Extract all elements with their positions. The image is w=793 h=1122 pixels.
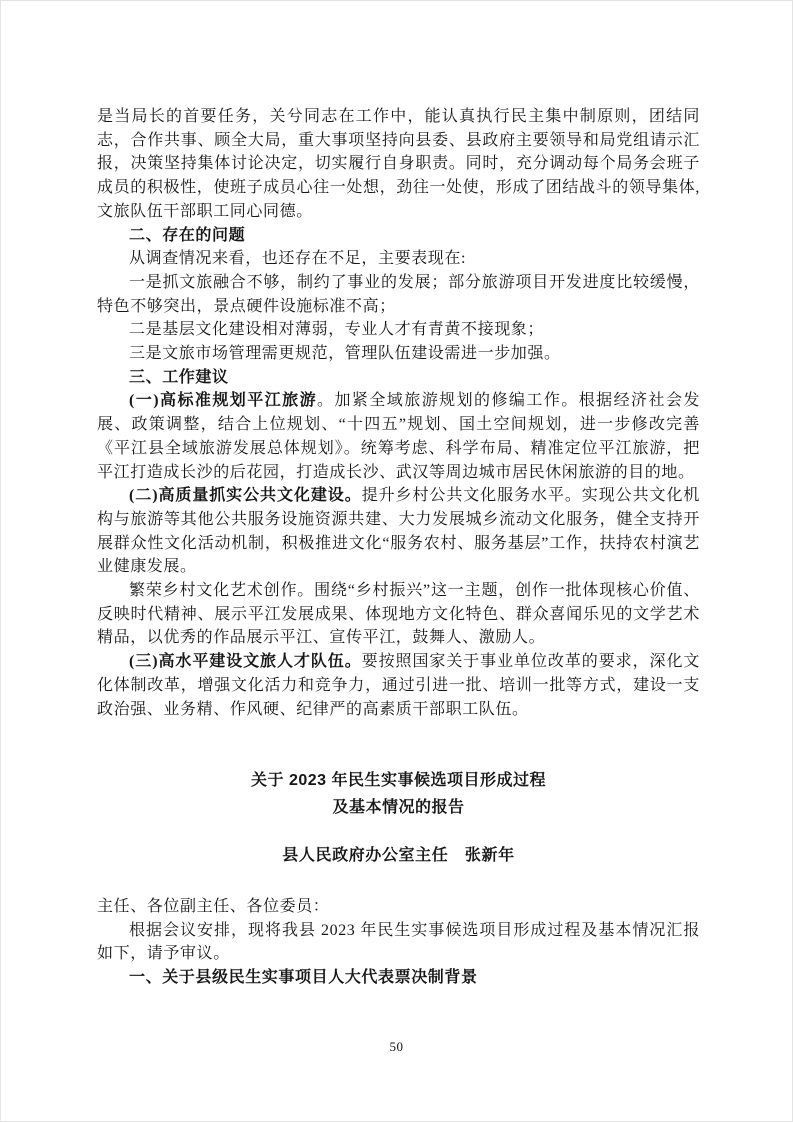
section-heading-suggestions: 三、工作建议 [97,366,700,390]
report-title-line-1: 关于 2023 年民生实事候选项目形成过程 [97,767,700,794]
suggestion-paragraph-2: (二)高质量抓实公共文化建设。提升乡村公共文化服务水平。实现公共文化机构与旅游等… [97,484,700,579]
problem-item-3: 三是文旅市场管理需更规范，管理队伍建设需进一步加强。 [97,342,700,366]
report-salutation: 主任、各位副主任、各位委员： [97,895,700,919]
problems-intro: 从调查情况来看，也还存在不足，主要表现在: [97,247,700,271]
report-opening-paragraph: 根据会议安排，现将我县 2023 年民生实事候选项目形成过程及基本情况汇报如下，… [97,919,700,966]
suggestion-2-lead: (二)高质量抓实公共文化建设。 [129,487,362,504]
suggestion-2-extra-paragraph: 繁荣乡村文化艺术创作。围绕“乡村振兴”这一主题，创作一批体现核心价值、反映时代精… [97,579,700,650]
report-title-line-2: 及基本情况的报告 [97,794,700,821]
prev-report-closing-paragraph: 是当局长的首要任务，关兮同志在工作中，能认真执行民主集中制原则，团结同志，合作共… [97,105,700,224]
page-number: 50 [1,1039,792,1055]
suggestion-3-lead: (三)高水平建设文旅人才队伍。 [129,653,362,670]
document-body: 是当局长的首要任务，关兮同志在工作中，能认真执行民主集中制原则，团结同志，合作共… [97,105,700,990]
suggestion-paragraph-3: (三)高水平建设文旅人才队伍。要按照国家关于事业单位改革的要求，深化文化体制改革… [97,650,700,721]
document-page: 是当局长的首要任务，关兮同志在工作中，能认真执行民主集中制原则，团结同志，合作共… [0,0,793,1122]
report-section-1-heading: 一、关于县级民生实事项目人大代表票决制背景 [97,966,700,990]
section-heading-problems: 二、存在的问题 [97,224,700,248]
suggestion-paragraph-1: (一)高标准规划平江旅游。加紧全域旅游规划的修编工作。根据经济社会发展、政策调整… [97,389,700,484]
suggestion-1-lead: (一)高标准规划平江旅游 [129,392,317,409]
report-presenter: 县人民政府办公室主任 张新年 [97,844,700,868]
problem-item-1: 一是抓文旅融合不够，制约了事业的发展；部分旅游项目开发进度比较缓慢，特色不够突出… [97,271,700,318]
problem-item-2: 二是基层文化建设相对薄弱，专业人才有青黄不接现象； [97,318,700,342]
